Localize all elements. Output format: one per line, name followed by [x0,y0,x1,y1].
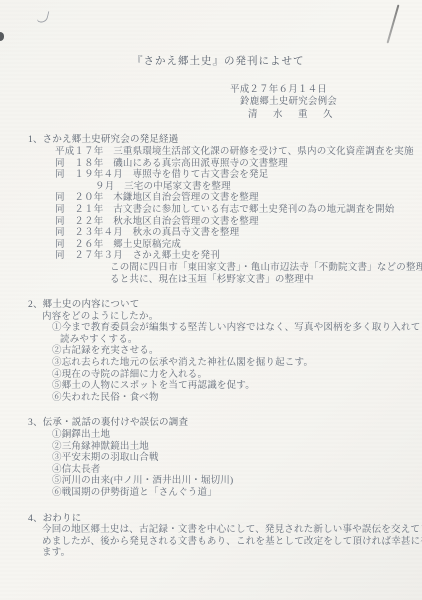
section-2-heading: 2、郷土史の内容について [28,300,396,312]
document-date: 平成２７年６月１４日 [230,84,396,97]
text-line: 平成１７年 三重県環境生活部文化課の研修を受けて、県内の文化資産調査を実施 [55,147,396,159]
text-line: 同 ２０年 木鎌地区自治会管理の文書を整理 [55,193,396,205]
section-3: 3、伝承・説話の裏付けや誤伝の調査 ①銅鐸出土地②三角縁神獣鏡出土地③平安末期の… [28,418,396,499]
section-2: 2、郷土史の内容について 内容をどのようにしたか。①今まで教育委員会が編集する堅… [28,300,396,404]
document-content: 『さかえ郷土史』の発刊によせて 平成２７年６月１４日 鈴鹿郷土史研究会例会 清 … [0,0,422,600]
text-line: 同 １９年４月 専照寺を借りて古文書会を発足 [55,170,396,182]
text-line: ⑤河川の由来(中ノ川・酒井出川・堀切川) [52,476,396,488]
section-1-heading: 1、さかえ郷土史研究会の発足経過 [28,135,396,147]
section-4-lines: 今回の地区郷土史は、古記録・文書を中心にして、発見された新しい事や誤伝を交えてま… [28,525,396,560]
section-3-lines: ①銅鐸出土地②三角縁神獣鏡出土地③平安末期の羽取山合戦④信太長者⑤河川の由来(中… [28,430,396,500]
text-line: 同 ２２年 秋永地区自治会管理の文書を整理 [55,217,396,229]
scanned-document: 『さかえ郷土史』の発刊によせて 平成２７年６月１４日 鈴鹿郷土史研究会例会 清 … [0,0,422,600]
text-line: めましたが、後から発見される文書もあり、これを基として改定をして頂ければ幸甚に存… [42,537,396,549]
text-line: ③平安末期の羽取山合戦 [52,453,396,465]
text-line: ④現在の寺院の詳細に力を入れる。 [52,370,396,382]
section-4: 4、おわりに 今回の地区郷土史は、古記録・文書を中心にして、発見された新しい事や… [28,514,396,560]
text-line: 読みやすくする。 [60,335,396,347]
text-line: ９月 三宅の中尾家文書を整理 [95,182,396,194]
document-header: 平成２７年６月１４日 鈴鹿郷土史研究会例会 清 水 重 久 [230,84,396,122]
text-line: この間に四日市「東田家文書」・亀山市辺法寺「不動院文書」などの整理をす [110,263,396,275]
text-line: 同 ２３年４月 秋永の真昌寺文書を整理 [55,228,396,240]
section-3-heading: 3、伝承・説話の裏付けや誤伝の調査 [28,418,396,430]
text-line: 同 ２１年 古文書会に参加している有志で郷土史発刊の為の地元調査を開始 [55,205,396,217]
text-line: ②古記録を充実させる。 [52,346,396,358]
text-line: ると共に、現在は玉垣「杉野家文書」の整理中 [110,275,396,287]
text-line: ③忘れ去られた地元の伝承や消えた神社仏閣を掘り起こす。 [52,358,396,370]
text-line: ①今まで教育委員会が編集する堅苦しい内容ではなく、写真や図柄を多く取り入れて [52,323,396,335]
section-1-lines: 平成１７年 三重県環境生活部文化課の研修を受けて、県内の文化資産調査を実施同 １… [28,147,396,286]
text-line: 今回の地区郷土史は、古記録・文書を中心にして、発見された新しい事や誤伝を交えてま… [42,525,396,537]
organization-name: 鈴鹿郷土史研究会例会 [240,96,396,109]
section-2-lines: 内容をどのようにしたか。①今まで教育委員会が編集する堅苦しい内容ではなく、写真や… [28,312,396,405]
text-line: ます。 [42,548,396,560]
text-line: ⑥戦国期の伊勢街道と「さんぐう道」 [52,488,396,500]
text-line: 同 ２７年３月 さかえ郷土史を発刊 [55,251,396,263]
text-line: ②三角縁神獣鏡出土地 [52,442,396,454]
author-name: 清 水 重 久 [248,109,396,122]
text-line: ①銅鐸出土地 [52,430,396,442]
section-4-heading: 4、おわりに [28,514,396,526]
text-line: ④信太長者 [52,465,396,477]
text-line: 内容をどのようにしたか。 [42,312,396,324]
text-line: 同 １８年 磯山にある真宗高田派専照寺の文書整理 [55,159,396,171]
text-line: 同 ２６年 郷土史原稿完成 [55,240,396,252]
text-line: ⑤郷土の人物にスポットを当て再認識を促す。 [52,381,396,393]
text-line: ⑥失われた民俗・食べ物 [52,393,396,405]
document-title: 『さかえ郷土史』の発刊によせて [132,56,396,68]
section-1: 1、さかえ郷土史研究会の発足経過 平成１７年 三重県環境生活部文化課の研修を受け… [28,135,396,286]
